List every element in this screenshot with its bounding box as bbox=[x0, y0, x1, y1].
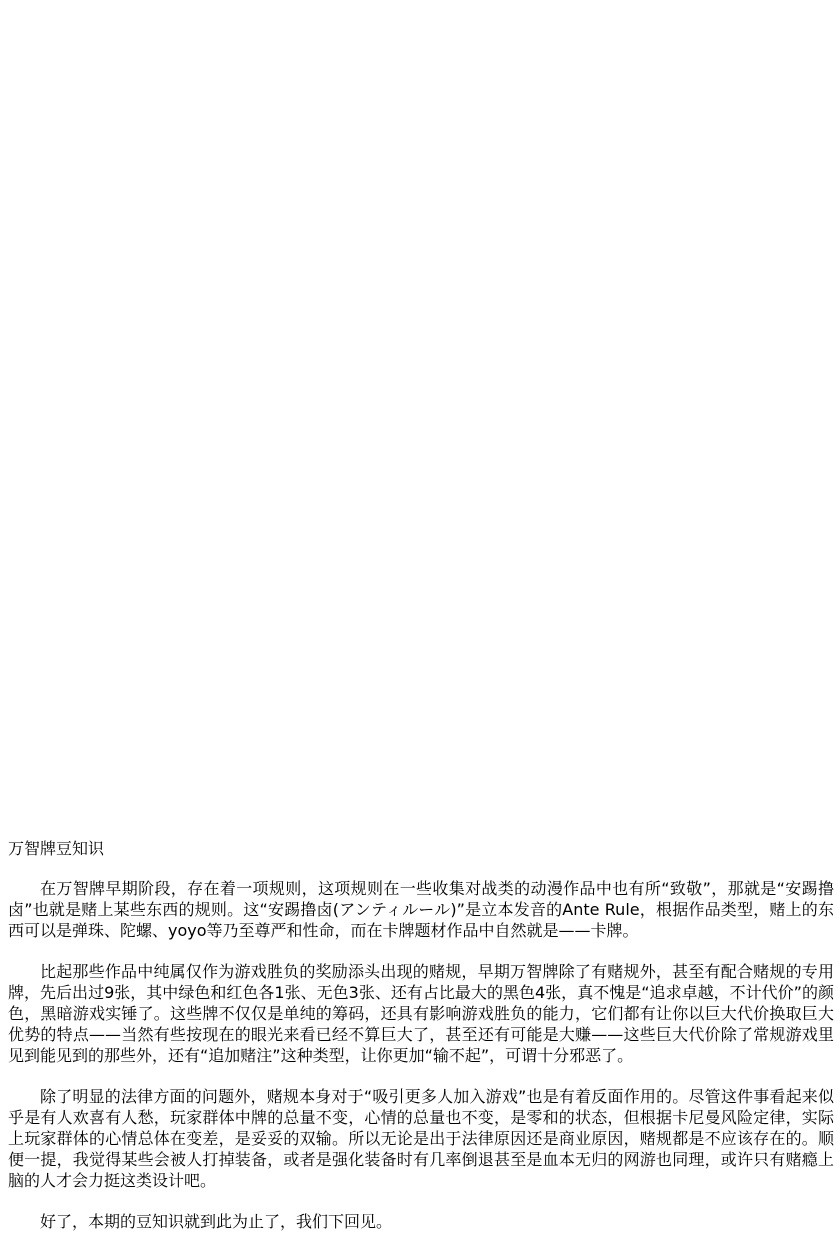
article-title: 万智牌豆知识 bbox=[8, 838, 834, 859]
article-content: 万智牌豆知识 在万智牌早期阶段，存在着一项规则，这项规则在一些收集对战类的动漫作… bbox=[8, 838, 834, 1233]
afterword-page: 万智牌豆知识 在万智牌早期阶段，存在着一项规则，这项规则在一些收集对战类的动漫作… bbox=[0, 0, 840, 1260]
paragraph-closing: 好了，本期的豆知识就到此为止了，我们下回见。 bbox=[8, 1212, 834, 1233]
paragraph-ante-rule-intro: 在万智牌早期阶段，存在着一项规则，这项规则在一些收集对战类的动漫作品中也有所“致… bbox=[8, 879, 834, 941]
paragraph-legal-issues: 除了明显的法律方面的问题外，赌规本身对于“吸引更多人加入游戏”也是有着反面作用的… bbox=[8, 1087, 834, 1191]
paragraph-ante-cards: 比起那些作品中纯属仅作为游戏胜负的奖励添头出现的赌规，早期万智牌除了有赌规外，甚… bbox=[8, 962, 834, 1066]
